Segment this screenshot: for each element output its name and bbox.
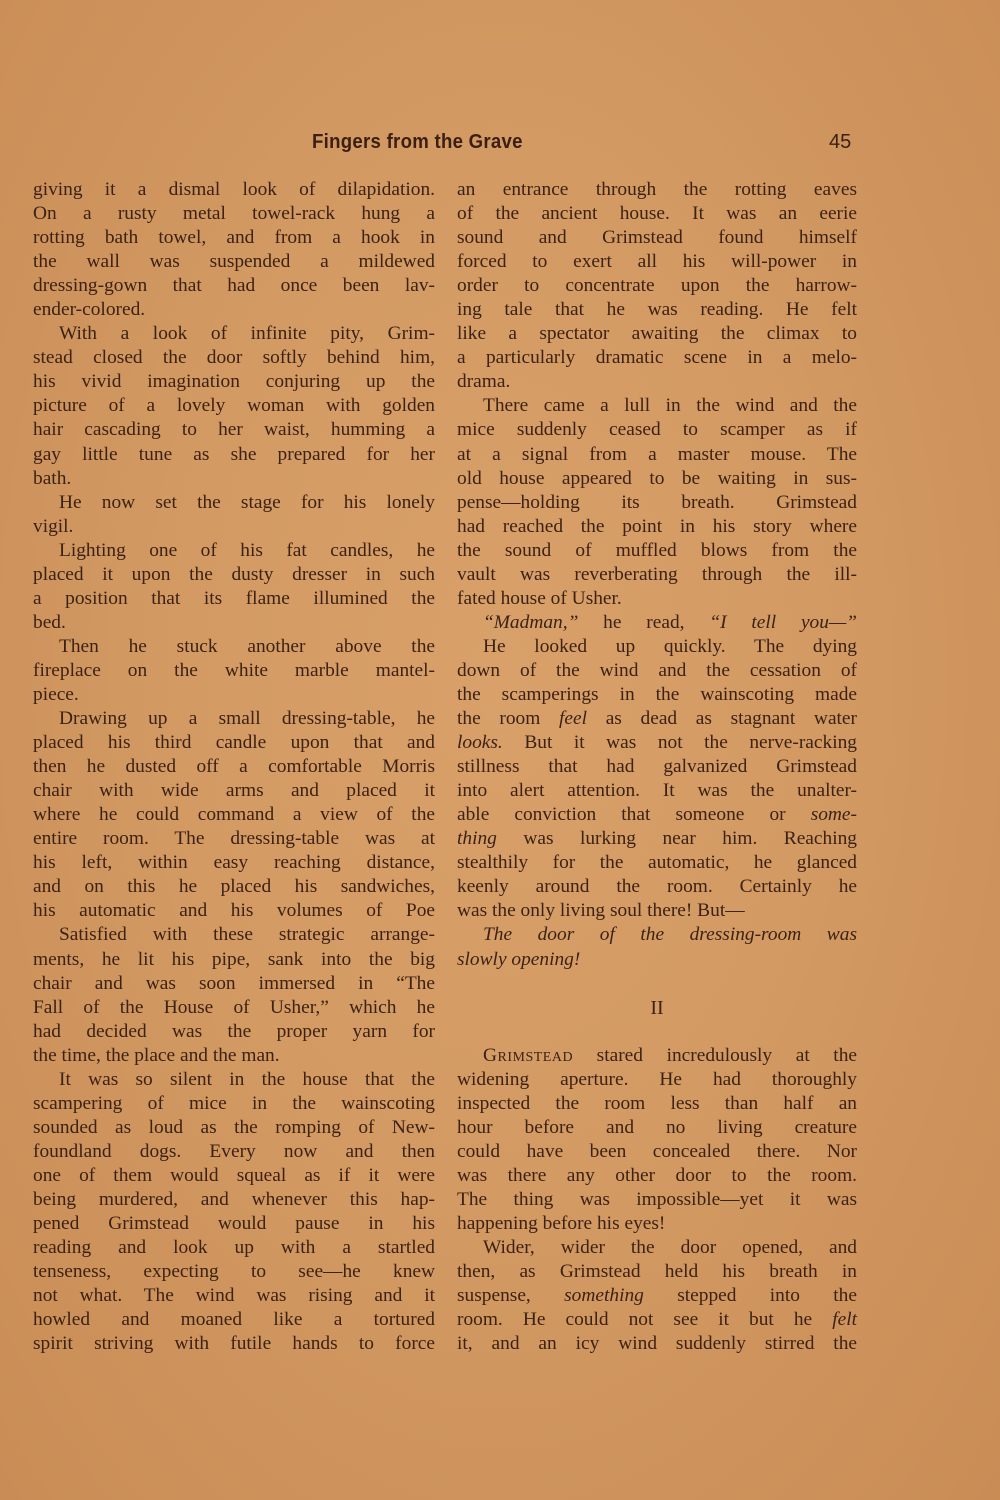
text-line: suspense, something stepped into the: [457, 1284, 857, 1308]
emphasis: thing: [457, 828, 497, 849]
text-line: stead closed the door softly behind him,: [33, 346, 435, 370]
text-line: inspected the room less than half an: [457, 1092, 857, 1116]
text-line: thing was lurking near him. Reaching: [457, 827, 857, 851]
quote-line: “Madman,” he read, “I tell you—”: [457, 611, 857, 635]
paragraph-start: He now set the stage for his lonely: [33, 491, 435, 515]
paragraph-start: There came a lull in the wind and the: [457, 394, 857, 418]
italic-line: The door of the dressing-room was: [457, 923, 857, 947]
paragraph-start: With a look of infinite pity, Grim-: [33, 322, 435, 346]
text-line: mice suddenly ceased to scamper as if: [457, 418, 857, 442]
text-line: of the ancient house. It was an eerie: [457, 202, 857, 226]
text-line: could have been concealed there. Nor: [457, 1140, 857, 1164]
emphasis: feel: [559, 708, 587, 729]
text-line: room. He could not see it but he felt: [457, 1308, 857, 1332]
text-line: tenseness, expecting to see—he knew: [33, 1260, 435, 1284]
text-line: stealthily for the automatic, he glanced: [457, 851, 857, 875]
page-number: 45: [829, 131, 851, 154]
text-line: drama.: [457, 370, 857, 394]
text-line: bath.: [33, 467, 435, 491]
text-line: The thing was impossible—yet it was: [457, 1188, 857, 1212]
text-line: had reached the point in his story where: [457, 515, 857, 539]
text-line: then he dusted off a comfortable Morris: [33, 755, 435, 779]
text-line: keenly around the room. Certainly he: [457, 875, 857, 899]
quote-he-read: he read,: [603, 612, 684, 633]
text-line: the wall was suspended a mildewed: [33, 250, 435, 274]
text-line: an entrance through the rotting eaves: [457, 178, 857, 202]
text-line: ing tale that he was reading. He felt: [457, 298, 857, 322]
text-line: was the only living soul there! But—: [457, 899, 857, 923]
page-header: Fingers from the Grave 45: [0, 128, 1000, 160]
text-line: foundland dogs. Every now and then: [33, 1140, 435, 1164]
text-line: then, as Grimstead held his breath in: [457, 1260, 857, 1284]
text-line: placed his third candle upon that and: [33, 731, 435, 755]
text-line: being murdered, and whenever this hap-: [33, 1188, 435, 1212]
quote-madman: “Madman,”: [483, 612, 578, 633]
text-line: a particularly dramatic scene in a melo-: [457, 346, 857, 370]
emphasis: The door of the dressing-room was: [483, 924, 857, 945]
section-heading: II: [457, 996, 857, 1020]
paragraph-start: Grimstead stared incredulously at the: [457, 1044, 857, 1068]
text-line: ments, he lit his pipe, sank into the bi…: [33, 948, 435, 972]
text-line: sounded as loud as the romping of New-: [33, 1116, 435, 1140]
left-column: giving it a dismal look of dilapidation.…: [33, 178, 435, 1356]
text-line: old house appeared to be waiting in sus-: [457, 467, 857, 491]
right-column: an entrance through the rotting eaves of…: [457, 178, 857, 1356]
paragraph-start: Wider, wider the door opened, and: [457, 1236, 857, 1260]
text-line: giving it a dismal look of dilapidation.: [33, 178, 435, 202]
text-line: down of the wind and the cessation of: [457, 659, 857, 683]
text-line: entire room. The dressing-table was at: [33, 827, 435, 851]
text-line: On a rusty metal towel-rack hung a: [33, 202, 435, 226]
text-line: into alert attention. It was the unalter…: [457, 779, 857, 803]
text-line: the time, the place and the man.: [33, 1044, 435, 1068]
text-line: picture of a lovely woman with golden: [33, 394, 435, 418]
text-line: not what. The wind was rising and it: [33, 1284, 435, 1308]
text-line: reading and look up with a startled: [33, 1236, 435, 1260]
emphasis: slowly opening!: [457, 949, 580, 970]
text-line: at a signal from a master mouse. The: [457, 443, 857, 467]
text-line: his automatic and his volumes of Poe: [33, 899, 435, 923]
text-line: forced to exert all his will-power in: [457, 250, 857, 274]
text-line: hour before and no living creature: [457, 1116, 857, 1140]
text-line: order to concentrate upon the harrow-: [457, 274, 857, 298]
text-line: bed.: [33, 611, 435, 635]
spacer: [457, 1020, 857, 1044]
text-line: spirit striving with futile hands to for…: [33, 1332, 435, 1356]
paragraph-start: Drawing up a small dressing-table, he: [33, 707, 435, 731]
running-title: Fingers from the Grave: [312, 131, 523, 154]
text-line: ender-colored.: [33, 298, 435, 322]
text-line: piece.: [33, 683, 435, 707]
text-line: the room feel as dead as stagnant water: [457, 707, 857, 731]
italic-line: slowly opening!: [457, 948, 857, 972]
text-line: stillness that had galvanized Grimstead: [457, 755, 857, 779]
paragraph-start: Then he stuck another above the: [33, 635, 435, 659]
text-line: was there any other door to the room.: [457, 1164, 857, 1188]
text-line: Fall of the House of Usher,” which he: [33, 996, 435, 1020]
text-line: happening before his eyes!: [457, 1212, 857, 1236]
text-line: where he could command a view of the: [33, 803, 435, 827]
emphasis: something: [564, 1285, 644, 1306]
paragraph-start: Lighting one of his fat candles, he: [33, 539, 435, 563]
text-line: scampering of mice in the wainscoting: [33, 1092, 435, 1116]
text-line: sound and Grimstead found himself: [457, 226, 857, 250]
text-line: widening aperture. He had thoroughly: [457, 1068, 857, 1092]
text-line: fated house of Usher.: [457, 587, 857, 611]
text-line: his vivid imagination conjuring up the: [33, 370, 435, 394]
emphasis: some-: [811, 804, 857, 825]
text-line: chair with wide arms and placed it: [33, 779, 435, 803]
emphasis: looks.: [457, 732, 503, 753]
text-line: able conviction that someone or some-: [457, 803, 857, 827]
paragraph-start: Satisfied with these strategic arrange-: [33, 923, 435, 947]
text-line: placed it upon the dusty dresser in such: [33, 563, 435, 587]
smallcaps-opening: Grimstead: [483, 1045, 573, 1066]
text-line: howled and moaned like a tortured: [33, 1308, 435, 1332]
text-line: it, and an icy wind suddenly stirred the: [457, 1332, 857, 1356]
text-line: pense—holding its breath. Grimstead: [457, 491, 857, 515]
text-line: had decided was the proper yarn for: [33, 1020, 435, 1044]
text-line: his left, within easy reaching distance,: [33, 851, 435, 875]
text-line: the sound of muffled blows from the: [457, 539, 857, 563]
text-line: vigil.: [33, 515, 435, 539]
text-line: chair and was soon immersed in “The: [33, 972, 435, 996]
text-line: gay little tune as she prepared for her: [33, 443, 435, 467]
text-line: looks. But it was not the nerve-racking: [457, 731, 857, 755]
text-line: fireplace on the white marble mantel-: [33, 659, 435, 683]
paragraph-start: He looked up quickly. The dying: [457, 635, 857, 659]
text-line: the scamperings in the wainscoting made: [457, 683, 857, 707]
text-line: dressing-gown that had once been lav-: [33, 274, 435, 298]
paragraph-start: It was so silent in the house that the: [33, 1068, 435, 1092]
emphasis: felt: [832, 1309, 857, 1330]
spacer: [457, 972, 857, 996]
text-line: one of them would squeal as if it were: [33, 1164, 435, 1188]
quote-tell-you: “I tell you—”: [709, 612, 857, 633]
text-line: a position that its flame illumined the: [33, 587, 435, 611]
text-line: hair cascading to her waist, humming a: [33, 418, 435, 442]
text-line: and on this he placed his sandwiches,: [33, 875, 435, 899]
text-line: vault was reverberating through the ill-: [457, 563, 857, 587]
text-line: like a spectator awaiting the climax to: [457, 322, 857, 346]
text-line: rotting bath towel, and from a hook in: [33, 226, 435, 250]
text-line: pened Grimstead would pause in his: [33, 1212, 435, 1236]
